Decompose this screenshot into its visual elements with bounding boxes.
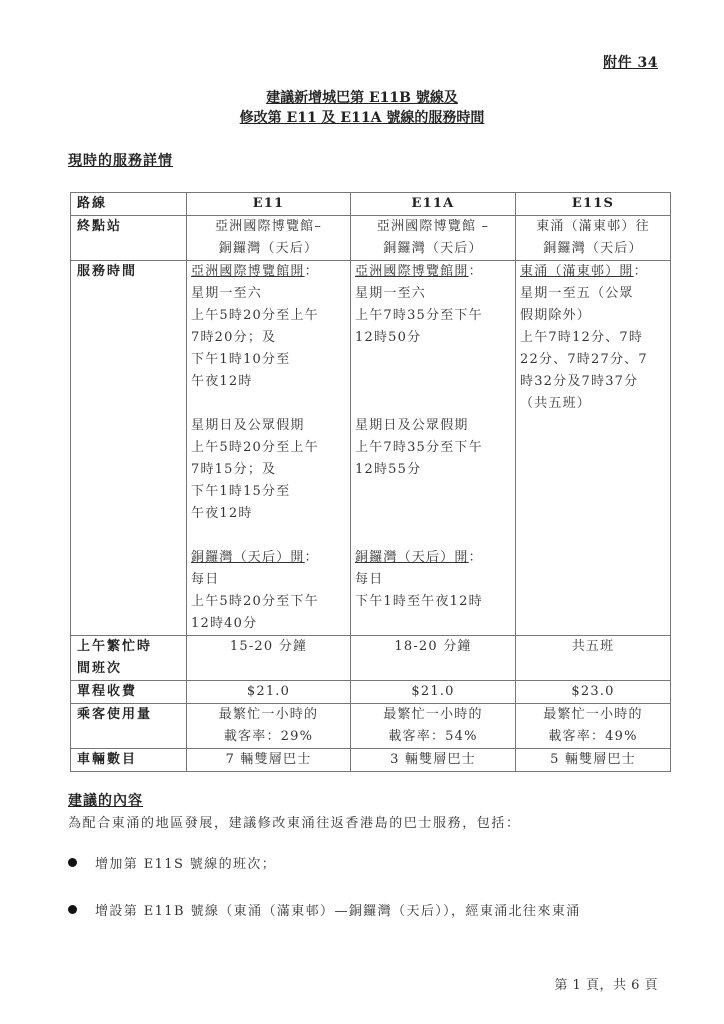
fleet-e11s: 5 輛雙層巴士	[516, 749, 671, 772]
service-details-table: 路線 E11 E11A E11S 終點站 亞洲國際博覽館– 銅鑼灣（天后） 亞洲…	[70, 192, 671, 772]
spacer	[191, 525, 346, 547]
peak-frequency-e11: 15-20 分鐘	[187, 636, 351, 681]
route-e11-header: E11	[187, 193, 351, 216]
e11a-line: 每日	[355, 569, 511, 591]
e11a-line: 下午1時至午夜12時	[355, 591, 511, 613]
patronage-e11a-rate: 載客率：54%	[355, 726, 511, 748]
peak-frequency-e11s: 共五班	[516, 636, 671, 681]
spacer	[355, 503, 511, 525]
spacer	[355, 349, 511, 371]
spacer	[355, 481, 511, 503]
bullet-text: 增加第 E11S 號線的班次；	[95, 853, 276, 872]
terminus-e11: 亞洲國際博覽館– 銅鑼灣（天后）	[187, 216, 351, 261]
title-line-1: 建議新增城巴第 E11B 號線及	[266, 88, 458, 108]
bullet-text: 增設第 E11B 號線（東涌（滿東邨）—銅鑼灣（天后）），經東涌北往來東涌	[95, 900, 581, 919]
e11a-block3-heading: 銅鑼灣（天后）開：	[355, 547, 511, 569]
document-title: 建議新增城巴第 E11B 號線及 修改第 E11 及 E11A 號線的服務時間	[0, 88, 724, 128]
terminus-e11a-line2: 銅鑼灣（天后）	[355, 238, 511, 260]
table-row-patronage: 乘客使用量 最繁忙一小時的 載客率：29% 最繁忙一小時的 載客率：54% 最繁…	[71, 704, 671, 749]
terminus-e11-line2: 銅鑼灣（天后）	[191, 238, 346, 260]
table-row-peak-frequency: 上午繁忙時 間班次 15-20 分鐘 18-20 分鐘 共五班	[71, 636, 671, 681]
fare-e11a: $21.0	[351, 681, 516, 704]
e11-line: 下午1時10分至	[191, 349, 346, 371]
terminus-e11-line1: 亞洲國際博覽館–	[191, 216, 346, 238]
terminus-e11s-line2: 銅鑼灣（天后）	[520, 238, 666, 260]
terminus-label: 終點站	[71, 216, 187, 261]
e11-line: 12時40分	[191, 613, 346, 635]
e11-line: 7時20分；及	[191, 327, 346, 349]
route-e11a-header: E11A	[351, 193, 516, 216]
terminus-e11s: 東涌（滿東邨）往 銅鑼灣（天后）	[516, 216, 671, 261]
e11-block1-heading: 亞洲國際博覽館開：	[191, 261, 346, 283]
service-hours-e11a: 亞洲國際博覽館開： 星期一至六 上午7時35分至下午 12時50分 星期日及公眾…	[351, 261, 516, 636]
page-indicator: 第 1 頁，共 6 頁	[554, 974, 658, 993]
e11-block3-heading: 銅鑼灣（天后）開：	[191, 547, 346, 569]
e11-line: 下午1時15分至	[191, 481, 346, 503]
e11a-line: 星期日及公眾假期	[355, 415, 511, 437]
terminus-e11s-line1: 東涌（滿東邨）往	[520, 216, 666, 238]
service-hours-label: 服務時間	[71, 261, 187, 636]
table-row-terminus: 終點站 亞洲國際博覽館– 銅鑼灣（天后） 亞洲國際博覽館 – 銅鑼灣（天后） 東…	[71, 216, 671, 261]
spacer	[355, 371, 511, 393]
e11-line: 午夜12時	[191, 503, 346, 525]
current-service-heading: 現時的服務詳情	[68, 150, 173, 170]
e11-line: 星期一至六	[191, 283, 346, 305]
e11a-line: 12時55分	[355, 459, 511, 481]
e11-line: 上午5時20分至下午	[191, 591, 346, 613]
patronage-e11s-rate: 載客率：49%	[520, 726, 666, 748]
peak-frequency-label-line1: 上午繁忙時	[77, 636, 182, 658]
proposal-intro: 為配合東涌的地區發展，建議修改東涌往返香港島的巴士服務，包括：	[68, 812, 521, 831]
e11-line: 午夜12時	[191, 371, 346, 393]
patronage-e11s-line1: 最繁忙一小時的	[520, 704, 666, 726]
e11a-block1-heading: 亞洲國際博覽館開：	[355, 261, 511, 283]
e11s-line: 時32分及7時37分	[520, 371, 666, 393]
table-row-fare: 單程收費 $21.0 $21.0 $23.0	[71, 681, 671, 704]
patronage-e11a-line1: 最繁忙一小時的	[355, 704, 511, 726]
fare-e11: $21.0	[187, 681, 351, 704]
e11a-line: 12時50分	[355, 327, 511, 349]
service-hours-e11: 亞洲國際博覽館開： 星期一至六 上午5時20分至上午 7時20分；及 下午1時1…	[187, 261, 351, 636]
table-row-service-hours: 服務時間 亞洲國際博覽館開： 星期一至六 上午5時20分至上午 7時20分；及 …	[71, 261, 671, 636]
e11s-line: （共五班）	[520, 393, 666, 415]
e11-line: 星期日及公眾假期	[191, 415, 346, 437]
fare-label: 單程收費	[71, 681, 187, 704]
peak-frequency-e11a: 18-20 分鐘	[351, 636, 516, 681]
e11s-line: 假期除外）	[520, 305, 666, 327]
patronage-e11: 最繁忙一小時的 載客率：29%	[187, 704, 351, 749]
fleet-e11: 7 輛雙層巴士	[187, 749, 351, 772]
proposal-bullet-2: 增設第 E11B 號線（東涌（滿東邨）—銅鑼灣（天后）），經東涌北往來東涌	[68, 900, 581, 919]
patronage-e11-rate: 載客率：29%	[191, 726, 346, 748]
e11s-line: 上午7時12分、7時	[520, 327, 666, 349]
bullet-dot-icon	[68, 905, 77, 914]
e11-line: 上午5時20分至上午	[191, 437, 346, 459]
e11a-line: 上午7時35分至下午	[355, 305, 511, 327]
service-hours-e11s: 東涌（滿東邨）開： 星期一至五（公眾 假期除外） 上午7時12分、7時 22分、…	[516, 261, 671, 636]
annex-label: 附件 34	[603, 52, 658, 72]
e11-line: 每日	[191, 569, 346, 591]
route-e11s-header: E11S	[516, 193, 671, 216]
fleet-e11a: 3 輛雙層巴士	[351, 749, 516, 772]
route-label-cell: 路線	[71, 193, 187, 216]
e11s-line: 22分、7時27分、7	[520, 349, 666, 371]
fare-e11s: $23.0	[516, 681, 671, 704]
patronage-e11a: 最繁忙一小時的 載客率：54%	[351, 704, 516, 749]
e11s-block1-heading: 東涌（滿東邨）開：	[520, 261, 666, 283]
e11-line: 7時15分；及	[191, 459, 346, 481]
spacer	[355, 393, 511, 415]
bullet-dot-icon	[68, 858, 77, 867]
patronage-e11s: 最繁忙一小時的 載客率：49%	[516, 704, 671, 749]
proposal-bullet-1: 增加第 E11S 號線的班次；	[68, 853, 276, 872]
spacer	[355, 525, 511, 547]
terminus-e11a-line1: 亞洲國際博覽館 –	[355, 216, 511, 238]
e11-line: 上午5時20分至上午	[191, 305, 346, 327]
e11a-line: 上午7時35分至下午	[355, 437, 511, 459]
peak-frequency-label-line2: 間班次	[77, 658, 182, 680]
table-row-fleet: 車輛數目 7 輛雙層巴士 3 輛雙層巴士 5 輛雙層巴士	[71, 749, 671, 772]
spacer	[191, 393, 346, 415]
terminus-e11a: 亞洲國際博覽館 – 銅鑼灣（天后）	[351, 216, 516, 261]
e11a-line: 星期一至六	[355, 283, 511, 305]
patronage-label: 乘客使用量	[71, 704, 187, 749]
fleet-label: 車輛數目	[71, 749, 187, 772]
proposal-heading: 建議的內容	[68, 790, 143, 810]
e11s-line: 星期一至五（公眾	[520, 283, 666, 305]
peak-frequency-label: 上午繁忙時 間班次	[71, 636, 187, 681]
table-header-row: 路線 E11 E11A E11S	[71, 193, 671, 216]
patronage-e11-line1: 最繁忙一小時的	[191, 704, 346, 726]
title-line-2: 修改第 E11 及 E11A 號線的服務時間	[240, 108, 485, 128]
